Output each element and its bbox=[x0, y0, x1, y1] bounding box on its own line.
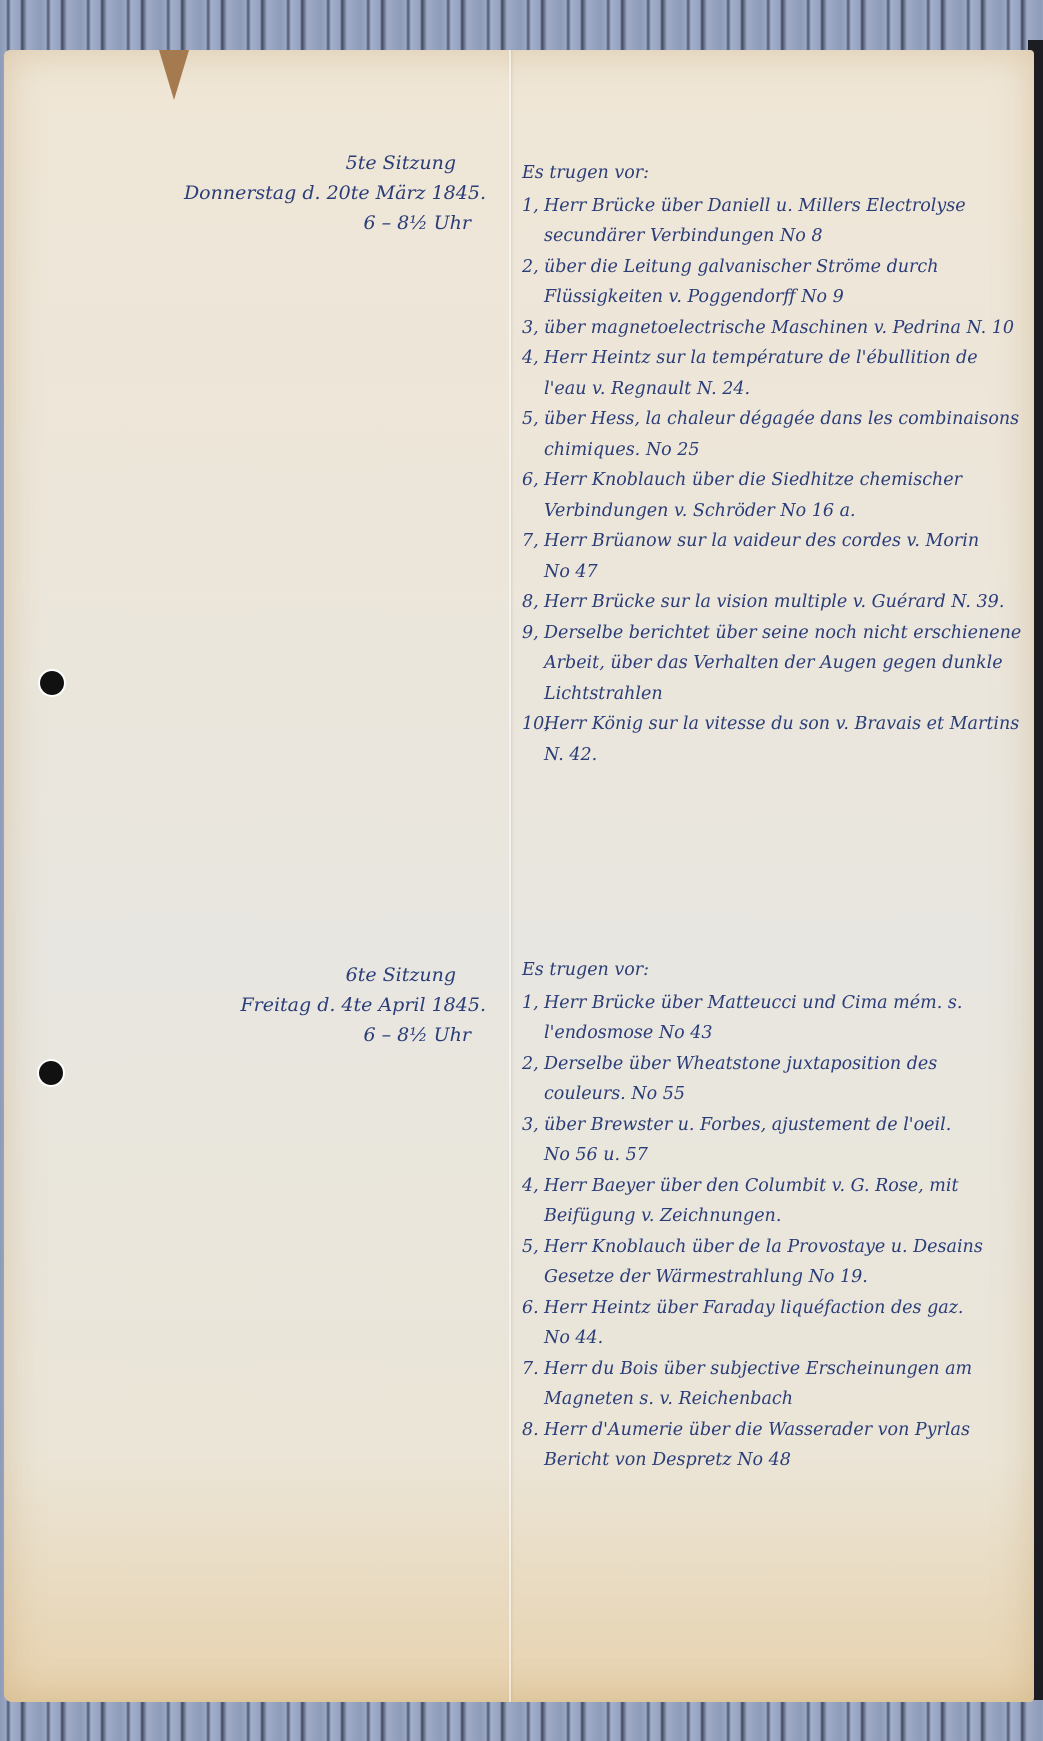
session-date: Donnerstag d. 20te März 1845. bbox=[184, 178, 486, 208]
session-5-agenda: Es trugen vor: 1,Herr Brücke über Daniel… bbox=[522, 158, 1022, 770]
agenda-intro: Es trugen vor: bbox=[522, 955, 1022, 986]
agenda-item: 4,Herr Heintz sur la température de l'éb… bbox=[522, 343, 1022, 404]
agenda-item: 1,Herr Brücke über Matteucci und Cima mé… bbox=[522, 988, 1022, 1049]
agenda-item: 7.Herr du Bois über subjective Erscheinu… bbox=[522, 1354, 1022, 1415]
punch-hole-bottom bbox=[39, 1061, 63, 1085]
paper-sheet: 5te Sitzung Donnerstag d. 20te März 1845… bbox=[4, 50, 1034, 1702]
punch-hole-top bbox=[40, 671, 64, 695]
session-time: 6 – 8½ Uhr bbox=[240, 1020, 471, 1050]
agenda-item: 10,Herr König sur la vitesse du son v. B… bbox=[522, 709, 1022, 770]
agenda-item: 3,über magnetoelectrische Maschinen v. P… bbox=[522, 313, 1022, 344]
session-time: 6 – 8½ Uhr bbox=[184, 208, 471, 238]
agenda-item: 8.Herr d'Aumerie über die Wasserader von… bbox=[522, 1415, 1022, 1476]
agenda-item: 5,über Hess, la chaleur dégagée dans les… bbox=[522, 404, 1022, 465]
session-heading: 6te Sitzung bbox=[240, 960, 456, 990]
agenda-item: 8,Herr Brücke sur la vision multiple v. … bbox=[522, 587, 1022, 618]
agenda-item: 3,über Brewster u. Forbes, ajustement de… bbox=[522, 1110, 1022, 1171]
agenda-item: 5,Herr Knoblauch über de la Provostaye u… bbox=[522, 1232, 1022, 1293]
agenda-item: 1,Herr Brücke über Daniell u. Millers El… bbox=[522, 191, 1022, 252]
agenda-item: 4,Herr Baeyer über den Columbit v. G. Ro… bbox=[522, 1171, 1022, 1232]
session-heading: 5te Sitzung bbox=[184, 148, 456, 178]
session-6-header: 6te Sitzung Freitag d. 4te April 1845. 6… bbox=[240, 960, 486, 1050]
agenda-item: 7,Herr Brüanow sur la vaideur des cordes… bbox=[522, 526, 1022, 587]
session-6-agenda: Es trugen vor: 1,Herr Brücke über Matteu… bbox=[522, 955, 1022, 1476]
agenda-item: 6.Herr Heintz über Faraday liquéfaction … bbox=[522, 1293, 1022, 1354]
agenda-item: 6,Herr Knoblauch über die Siedhitze chem… bbox=[522, 465, 1022, 526]
agenda-item: 2,über die Leitung galvanischer Ströme d… bbox=[522, 252, 1022, 313]
agenda-intro: Es trugen vor: bbox=[522, 158, 1022, 189]
agenda-item: 2,Derselbe über Wheatstone juxtaposition… bbox=[522, 1049, 1022, 1110]
torn-corner bbox=[159, 50, 189, 100]
session-5-header: 5te Sitzung Donnerstag d. 20te März 1845… bbox=[184, 148, 486, 238]
agenda-item: 9,Derselbe berichtet über seine noch nic… bbox=[522, 618, 1022, 710]
fold-crease bbox=[509, 50, 511, 1702]
session-date: Freitag d. 4te April 1845. bbox=[240, 990, 486, 1020]
